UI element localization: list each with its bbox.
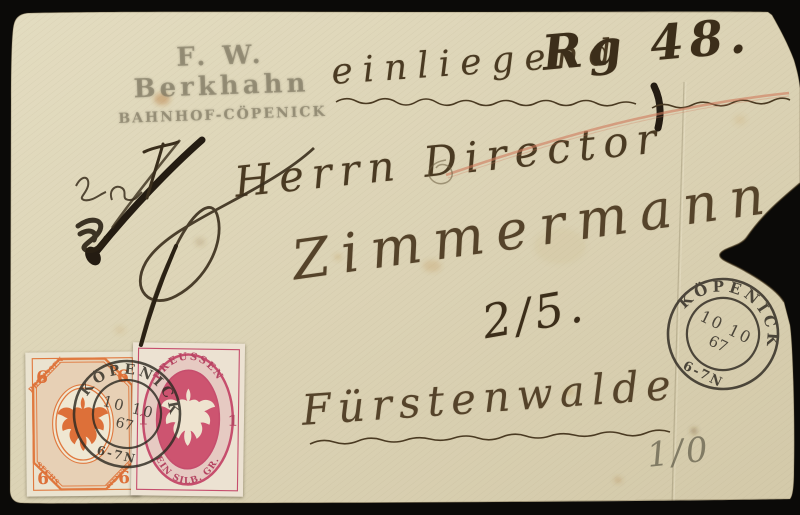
manuscript-seven [144, 142, 178, 198]
stamp-value-right: 1 [228, 413, 238, 430]
pencil-docket: 1/0 [645, 429, 713, 475]
postmark-date: 10 10 [697, 306, 755, 348]
crossed-out-mark [96, 140, 202, 252]
destination: Fürstenwalde [300, 360, 679, 435]
destination-underline [310, 430, 670, 444]
rate-note: 2/5. [478, 278, 590, 349]
prussia-1sgr-stamp: PREUSSEN EIN SILB. GR. 1 1 [131, 342, 245, 497]
ink-blot [82, 244, 104, 268]
underline-squiggle [336, 99, 636, 106]
ink-scribble [76, 178, 142, 201]
stamp-value-left: 1 [138, 411, 148, 428]
stamp-value-tr: 6 [117, 366, 129, 386]
handstamp-name: F. W. Berkhahn [88, 37, 354, 106]
postmark-year: 67 [706, 332, 731, 357]
handstamp-station: BAHNHOF-CÖPENICK [90, 103, 354, 128]
ink-blob-scribble [78, 220, 106, 251]
sender-handstamp: F. W. Berkhahn BAHNHOF-CÖPENICK [88, 37, 355, 128]
postmark-town: KÖPENICK [672, 257, 800, 356]
prussia-6pf-stamp: 6 6 6 6 PREUSSEN SECHS PFENNIGE [25, 351, 141, 496]
cover-photo: F. W. Berkhahn BAHNHOF-CÖPENICK 6 6 6 6 … [0, 0, 800, 515]
postmark-inner-ring [675, 286, 771, 382]
registry-note: Rg 48. [540, 8, 754, 82]
svg-text:KÖPENICK: KÖPENICK [672, 257, 800, 356]
postmark-time: 6-7N [680, 359, 726, 391]
